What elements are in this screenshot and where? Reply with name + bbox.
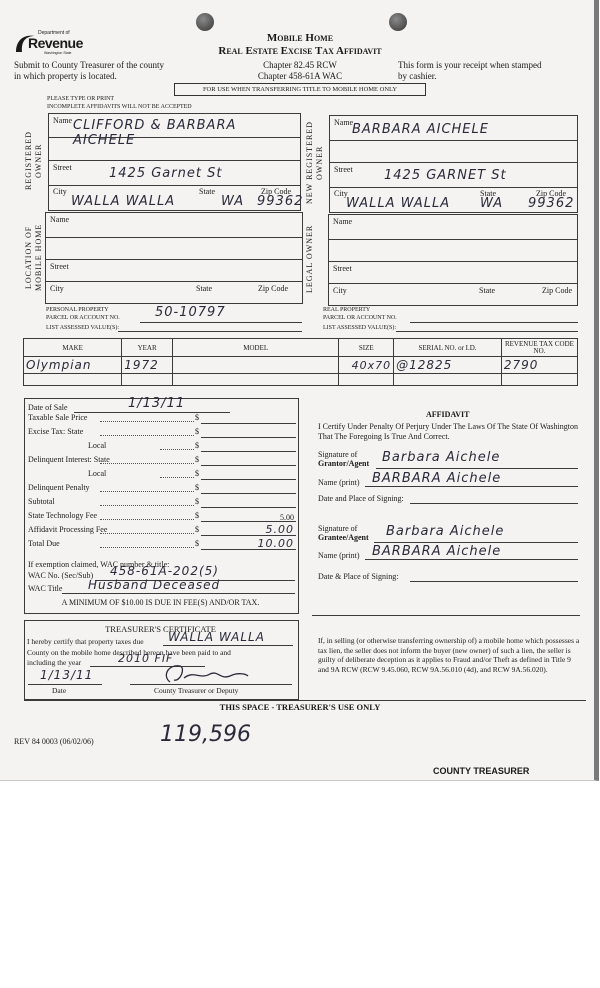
fee-label: Local [88, 441, 106, 450]
grantor-agent-label: Grantor/Agent [318, 459, 369, 468]
fee-row: Delinquent Penalty$ [28, 483, 298, 495]
fee-row: Total Due$10.00 [28, 539, 298, 551]
grantor-name-label: Name (print) [318, 478, 360, 487]
name-label: Name [50, 215, 69, 224]
leader-dots [100, 533, 194, 534]
dollar-sign: $ [195, 539, 199, 548]
amount-field[interactable] [201, 451, 296, 452]
fee-row: Taxable Sale Price$ [28, 413, 298, 425]
registered-owner-street[interactable]: 1425 Garnet St [109, 166, 222, 181]
grantee-name-label: Name (print) [318, 551, 360, 560]
personal-parcel-label: PARCEL or ACCOUNT NO. [46, 315, 120, 321]
street-label: Street [53, 163, 72, 172]
incomplete-note: INCOMPLETE AFFIDAVITS WILL NOT BE ACCEPT… [47, 104, 192, 110]
leader-dots [100, 435, 194, 436]
lien-notice: If, in selling (or otherwise transferrin… [318, 636, 582, 674]
dollar-sign: $ [195, 469, 199, 478]
header-revenue-tax-code: REVENUE TAX CODE NO. [501, 339, 577, 357]
new-registered-owner-label: NEW REGISTERED OWNER [305, 115, 327, 211]
name-label: Name [334, 118, 353, 127]
amount-field[interactable] [201, 465, 296, 466]
fee-row: Subtotal$ [28, 497, 298, 509]
fee-row: Affidavit Processing Fee$5.00 [28, 525, 298, 537]
grantee-date-place-label: Date & Place of Signing: [318, 572, 398, 581]
affidavit-title: AFFIDAVIT [426, 410, 469, 419]
grantor-name-print[interactable]: BARBARA Aichele [372, 471, 501, 486]
table-row [24, 374, 578, 386]
fee-amount: 5.00 [280, 513, 294, 522]
leader-dots [100, 519, 194, 520]
location-box: Name Street City State Zip Code [45, 212, 303, 304]
cell-size[interactable]: 40x70 [339, 357, 394, 374]
state-label: State [196, 284, 212, 293]
leader-dots [100, 491, 194, 492]
grantee-signature-label: Signature of [318, 524, 357, 533]
registered-owner-box: Name CLIFFORD & BARBARA AICHELE Street 1… [48, 113, 301, 211]
amount-field[interactable] [201, 493, 296, 494]
fee-amount: 5.00 [266, 523, 295, 536]
cell-serial[interactable]: @12825 [394, 357, 502, 374]
footer-divider [24, 700, 586, 701]
real-assessed-field[interactable] [396, 323, 578, 332]
date-of-sale-label: Date of Sale [28, 403, 68, 412]
state-label: State [479, 286, 495, 295]
registered-owner-name[interactable]: CLIFFORD & BARBARA AICHELE [73, 118, 300, 148]
dollar-sign: $ [195, 511, 199, 520]
cell-make[interactable]: Olympian [24, 357, 122, 374]
location-label: LOCATION OF MOBILE HOME [24, 212, 46, 302]
wac-title-value[interactable]: Husband Deceased [88, 578, 220, 592]
grantor-signature-label: Signature of [318, 450, 357, 459]
header-model: MODEL [172, 339, 338, 357]
dollar-sign: $ [195, 441, 199, 450]
grantee-name-print[interactable]: BARBARA Aichele [372, 544, 501, 559]
leader-dots [100, 547, 194, 548]
divider [312, 615, 580, 616]
leader-dots [100, 421, 194, 422]
dollar-sign: $ [195, 413, 199, 422]
real-parcel-field[interactable] [410, 313, 578, 323]
grantor-signature[interactable]: Barbara Aichele [382, 450, 500, 465]
new-owner-name[interactable]: BARBARA AICHELE [352, 122, 489, 137]
header-make: MAKE [24, 339, 122, 357]
minimum-notice: A MINIMUM OF $10.00 IS DUE IN FEE(S) AND… [24, 598, 297, 607]
receipt-note-1: This form is your receipt when stamped [398, 60, 541, 70]
receipt-note-2: by cashier. [398, 71, 437, 81]
grantee-agent-label: Grantee/Agent [318, 533, 369, 542]
dollar-sign: $ [195, 483, 199, 492]
fee-label: Taxable Sale Price [28, 413, 87, 422]
treasurer-signature-label: County Treasurer or Deputy [154, 686, 238, 695]
amount-field[interactable] [201, 423, 296, 424]
fee-row: Local$ [28, 469, 298, 481]
legal-owner-label: LEGAL OWNER [305, 214, 327, 304]
name-label: Name [333, 217, 352, 226]
fee-row: Excise Tax: State$ [28, 427, 298, 439]
fee-label: Subtotal [28, 497, 55, 506]
handwritten-number: 119,596 [160, 722, 251, 747]
use-banner: FOR USE WHEN TRANSFERRING TITLE TO MOBIL… [174, 83, 426, 96]
registered-owner-state[interactable]: WA [221, 194, 244, 209]
certificate-date-label: Date [52, 686, 66, 695]
city-label: City [50, 284, 64, 293]
fee-row: State Technology Fee$5.00 [28, 511, 298, 523]
street-label: Street [334, 165, 353, 174]
mobile-home-table: MAKE YEAR MODEL SIZE SERIAL NO. or I.D. … [23, 338, 578, 386]
affidavit-certify-text: I Certify Under Penalty Of Perjury Under… [318, 422, 580, 442]
header-serial: SERIAL NO. or I.D. [394, 339, 502, 357]
city-label: City [53, 187, 67, 196]
grantee-date-place-field[interactable] [410, 572, 578, 582]
cell-size[interactable] [339, 374, 394, 386]
table-row: Olympian 1972 40x70 @12825 2790 [24, 357, 578, 374]
fee-label: Delinquent Interest: State [28, 455, 110, 464]
form-title-line2: Real Estate Excise Tax Affidavit [0, 45, 600, 57]
real-assessed-label: LIST ASSESSED VALUE(S): [323, 325, 396, 331]
street-label: Street [333, 264, 352, 273]
personal-parcel-number[interactable]: 50-10797 [155, 305, 226, 320]
type-or-print-note: PLEASE TYPE OR PRINT [47, 96, 114, 102]
form-number: REV 84 0003 (06/02/06) [14, 737, 94, 746]
treasurer-signature[interactable] [160, 660, 250, 688]
dollar-sign: $ [195, 427, 199, 436]
fee-label: Excise Tax: State [28, 427, 83, 436]
real-property-label: REAL PROPERTY [323, 307, 370, 313]
city-label: City [333, 286, 347, 295]
registered-owner-zip[interactable]: 99362 [257, 194, 303, 209]
affidavit-form-page: Department of Revenue Washington State M… [0, 0, 599, 781]
leader-dots [160, 477, 194, 478]
date-of-sale-value[interactable]: 1/13/11 [128, 396, 185, 411]
cell-serial[interactable] [394, 374, 502, 386]
fee-amount: 10.00 [258, 537, 295, 550]
real-parcel-label: PARCEL or ACCOUNT NO. [323, 315, 397, 321]
county-treasurer-stamp: COUNTY TREASURER [433, 766, 529, 776]
cell-year[interactable] [122, 374, 173, 386]
amount-field[interactable] [201, 437, 296, 438]
amount-field[interactable] [201, 479, 296, 480]
new-owner-city[interactable]: WALLA WALLA [346, 196, 450, 211]
new-owner-zip[interactable]: 99362 [528, 196, 574, 211]
certificate-county[interactable]: WALLA WALLA [168, 630, 265, 644]
personal-assessed-label: LIST ASSESSED VALUE(S): [46, 325, 119, 331]
hole-punch-left [196, 13, 214, 31]
fee-label: Delinquent Penalty [28, 483, 90, 492]
new-registered-owner-box: Name BARBARA AICHELE Street 1425 GARNET … [329, 115, 578, 213]
leader-dots [160, 449, 194, 450]
registered-owner-label: REGISTERED OWNER [24, 113, 46, 209]
hole-punch-right [389, 13, 407, 31]
dollar-sign: $ [195, 455, 199, 464]
amount-field[interactable] [201, 507, 296, 508]
registered-owner-city[interactable]: WALLA WALLA [71, 194, 175, 209]
grantee-signature[interactable]: Barbara Aichele [386, 524, 504, 539]
legal-owner-box: Name Street City State Zip Code [328, 214, 578, 306]
fee-label: Affidavit Processing Fee [28, 525, 107, 534]
state-label: State [199, 187, 215, 196]
wac-no-value[interactable]: 458-61A-202(5) [110, 564, 219, 578]
chapter-wac: Chapter 458-61A WAC [0, 71, 600, 81]
fee-label: Total Due [28, 539, 60, 548]
form-title-line1: Mobile Home [0, 32, 600, 44]
zip-label: Zip Code [258, 284, 288, 293]
cell-model[interactable] [172, 374, 338, 386]
fee-label: Local [88, 469, 106, 478]
cell-make[interactable] [24, 374, 122, 386]
new-owner-street[interactable]: 1425 GARNET St [384, 168, 507, 183]
certificate-date[interactable]: 1/13/11 [40, 668, 93, 682]
wac-title-label: WAC Title [28, 584, 62, 593]
header-size: SIZE [339, 339, 394, 357]
grantor-date-place-label: Date and Place of Signing: [318, 494, 404, 503]
new-owner-state[interactable]: WA [480, 196, 503, 211]
dollar-sign: $ [195, 525, 199, 534]
cell-model[interactable] [172, 357, 338, 374]
fee-row: Delinquent Interest: State$ [28, 455, 298, 467]
personal-property-label: PERSONAL PROPERTY [46, 307, 109, 313]
cell-revenue-code[interactable] [501, 374, 577, 386]
cell-revenue-code[interactable]: 2790 [501, 357, 577, 374]
certify-line-1: I hereby certify that property taxes due [27, 637, 144, 646]
zip-label: Zip Code [542, 286, 572, 295]
treasurer-use-only: THIS SPACE - TREASURER'S USE ONLY [0, 702, 600, 712]
header-year: YEAR [122, 339, 173, 357]
leader-dots [100, 463, 194, 464]
dollar-sign: $ [195, 497, 199, 506]
street-label: Street [50, 262, 69, 271]
grantor-date-place-field[interactable] [410, 494, 578, 504]
fee-row: Local$ [28, 441, 298, 453]
name-label: Name [53, 116, 72, 125]
cell-year[interactable]: 1972 [122, 357, 173, 374]
certify-line-3: including the year [27, 658, 81, 667]
leader-dots [100, 505, 194, 506]
fee-label: State Technology Fee [28, 511, 97, 520]
wac-no-label: WAC No. (Sec/Sub) [28, 571, 93, 580]
